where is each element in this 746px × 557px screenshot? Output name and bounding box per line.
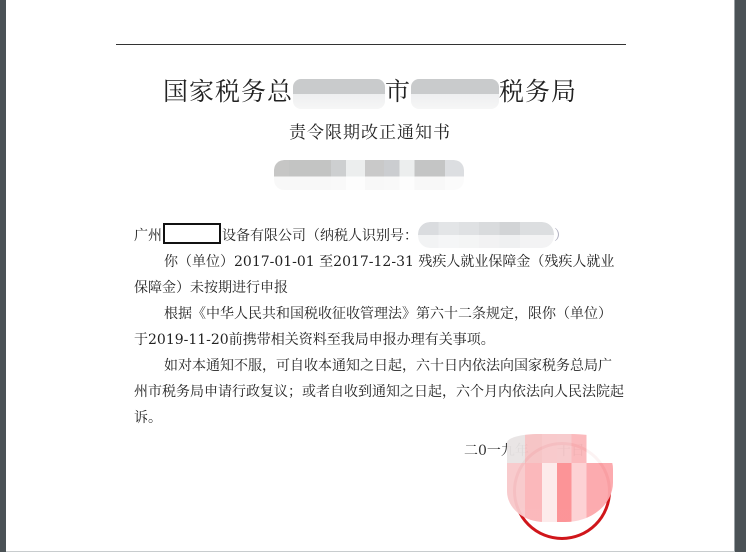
addressee-company: 设备有限公司（纳税人识别号： bbox=[222, 228, 418, 244]
paragraph-2: 根据《中华人民共和国税收征收管理法》第六十二条规定，限你（单位）于2019-11… bbox=[134, 301, 624, 353]
viewer-frame-bottom bbox=[0, 552, 746, 557]
addressee-line: 广州设备有限公司（纳税人识别号：） bbox=[134, 222, 624, 249]
issuer-title: 国家税务总市税务局 bbox=[6, 72, 734, 109]
redacted-document-number bbox=[274, 160, 464, 190]
redacted-company-name bbox=[163, 223, 221, 244]
viewer-scrollbar[interactable] bbox=[735, 0, 746, 557]
issuer-title-middle: 市 bbox=[385, 77, 411, 106]
official-seal bbox=[513, 442, 611, 540]
redacted-region bbox=[411, 79, 499, 109]
document-page: 国家税务总市税务局 责令限期改正通知书 广州设备有限公司（纳税人识别号：） 你（… bbox=[6, 0, 735, 552]
addressee-prefix: 广州 bbox=[134, 228, 162, 244]
header-rule bbox=[116, 44, 626, 45]
paragraph-1: 你（单位）2017-01-01 至2017-12-31 残疾人就业保障金（残疾人… bbox=[134, 249, 624, 301]
issuer-title-prefix: 国家税务总 bbox=[163, 77, 293, 106]
notice-body: 广州设备有限公司（纳税人识别号：） 你（单位）2017-01-01 至2017-… bbox=[134, 222, 624, 431]
redacted-taxpayer-id bbox=[418, 222, 554, 248]
issuer-title-suffix: 税务局 bbox=[499, 77, 577, 106]
addressee-close: ） bbox=[554, 228, 568, 244]
redacted-region bbox=[293, 79, 385, 109]
paragraph-3: 如对本通知不服，可自收本通知之日起，六十日内依法向国家税务总局广州市税务局申请行… bbox=[134, 353, 624, 431]
notice-subtitle: 责令限期改正通知书 bbox=[6, 118, 734, 143]
redacted-seal bbox=[507, 434, 613, 522]
